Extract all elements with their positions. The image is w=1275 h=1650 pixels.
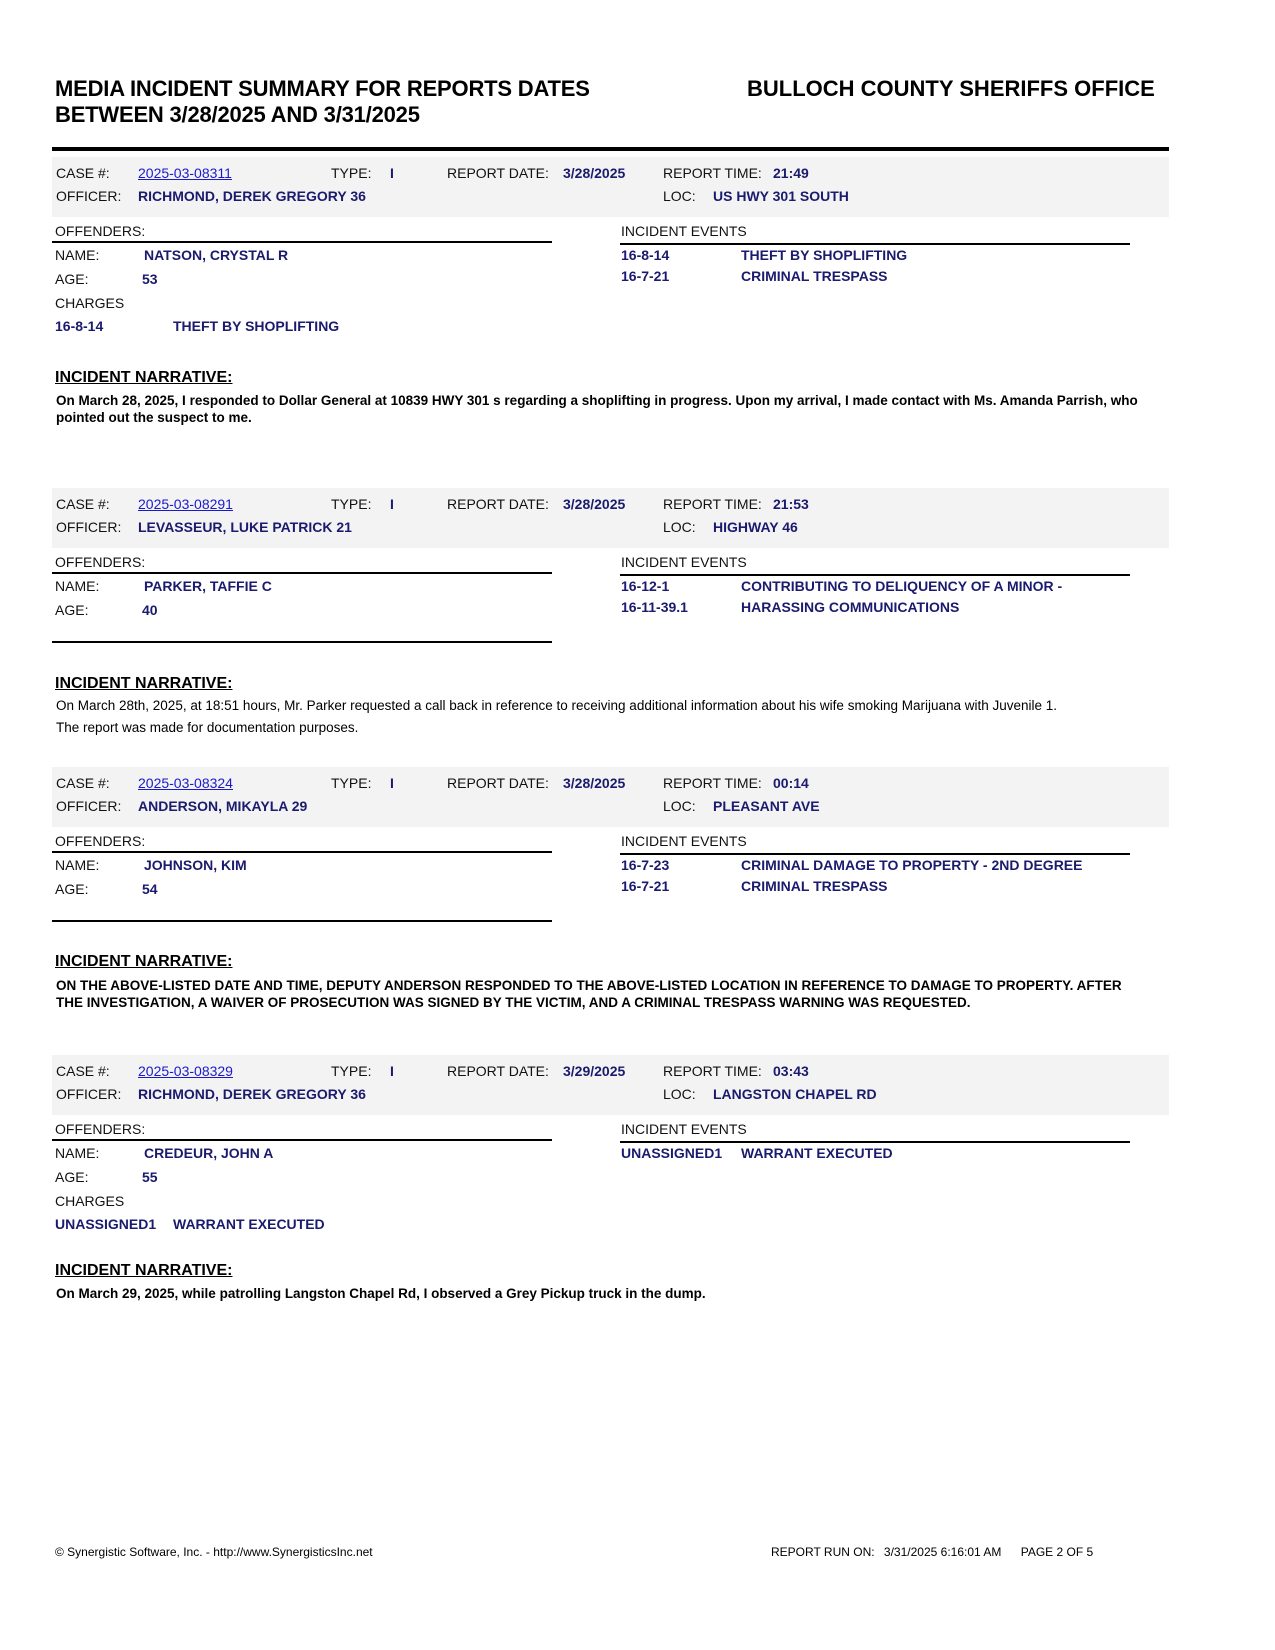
loc-label: LOC: xyxy=(663,798,696,814)
case-number-label: CASE #: xyxy=(56,496,110,512)
case-record: CASE #: 2025-03-08311 TYPE: I REPORT DAT… xyxy=(52,157,1169,217)
loc-value: HIGHWAY 46 xyxy=(713,519,798,535)
name-label: NAME: xyxy=(55,247,99,263)
event-desc: HARASSING COMMUNICATIONS xyxy=(741,599,959,615)
events-divider xyxy=(620,574,1130,576)
case-record: CASE #: 2025-03-08329 TYPE: I REPORT DAT… xyxy=(52,1055,1169,1115)
event-desc: CRIMINAL TRESPASS xyxy=(741,268,888,284)
loc-value: LANGSTON CHAPEL RD xyxy=(713,1086,877,1102)
case-record: CASE #: 2025-03-08324 TYPE: I REPORT DAT… xyxy=(52,767,1169,827)
officer-value: ANDERSON, MIKAYLA 29 xyxy=(138,798,307,814)
loc-value: US HWY 301 SOUTH xyxy=(713,188,849,204)
report-run-label: REPORT RUN ON: xyxy=(771,1545,875,1559)
narrative-title: INCIDENT NARRATIVE: xyxy=(55,675,232,693)
offenders-label: OFFENDERS: xyxy=(55,223,145,239)
charge-desc: THEFT BY SHOPLIFTING xyxy=(173,318,339,334)
report-title-line2: BETWEEN 3/28/2025 AND 3/31/2025 xyxy=(55,102,695,128)
officer-label: OFFICER: xyxy=(56,519,121,535)
charge-desc: WARRANT EXECUTED xyxy=(173,1216,325,1232)
type-label: TYPE: xyxy=(331,1063,371,1079)
name-label: NAME: xyxy=(55,1145,99,1161)
report-time-value: 21:53 xyxy=(773,496,809,512)
case-number-label: CASE #: xyxy=(56,1063,110,1079)
footer-copyright: © Synergistic Software, Inc. - http://ww… xyxy=(55,1545,373,1559)
event-desc: CRIMINAL TRESPASS xyxy=(741,878,888,894)
report-date-label: REPORT DATE: xyxy=(447,775,549,791)
report-time-value: 03:43 xyxy=(773,1063,809,1079)
event-desc: CRIMINAL DAMAGE TO PROPERTY - 2ND DEGREE xyxy=(741,857,1082,873)
incident-events-label: INCIDENT EVENTS xyxy=(621,1121,747,1137)
offenders-divider xyxy=(52,851,552,853)
report-time-label: REPORT TIME: xyxy=(663,775,762,791)
narrative-text: On March 28, 2025, I responded to Dollar… xyxy=(56,392,1146,426)
offender-name: CREDEUR, JOHN A xyxy=(144,1145,273,1161)
age-label: AGE: xyxy=(55,271,88,287)
case-header: CASE #: 2025-03-08291 TYPE: I REPORT DAT… xyxy=(52,488,1169,548)
incident-events-label: INCIDENT EVENTS xyxy=(621,554,747,570)
report-time-label: REPORT TIME: xyxy=(663,1063,762,1079)
name-label: NAME: xyxy=(55,857,99,873)
charges-label: CHARGES xyxy=(55,295,124,311)
event-code: UNASSIGNED1 xyxy=(621,1145,722,1161)
case-number-label: CASE #: xyxy=(56,165,110,181)
event-code: 16-11-39.1 xyxy=(621,599,688,615)
offender-name: NATSON, CRYSTAL R xyxy=(144,247,288,263)
age-label: AGE: xyxy=(55,1169,88,1185)
narrative-line: The report was made for documentation pu… xyxy=(56,717,1146,739)
type-value: I xyxy=(390,165,394,181)
officer-label: OFFICER: xyxy=(56,798,121,814)
offenders-divider xyxy=(52,241,552,243)
officer-value: RICHMOND, DEREK GREGORY 36 xyxy=(138,188,366,204)
offenders-divider xyxy=(52,572,552,574)
report-run-value: 3/31/2025 6:16:01 AM xyxy=(884,1545,1001,1559)
case-number-link[interactable]: 2025-03-08311 xyxy=(138,165,232,181)
event-desc: WARRANT EXECUTED xyxy=(741,1145,893,1161)
case-header: CASE #: 2025-03-08329 TYPE: I REPORT DAT… xyxy=(52,1055,1169,1115)
incident-events-label: INCIDENT EVENTS xyxy=(621,223,747,239)
case-number-link[interactable]: 2025-03-08324 xyxy=(138,775,233,791)
event-code: 16-7-21 xyxy=(621,878,669,894)
type-value: I xyxy=(390,1063,394,1079)
offenders-label: OFFENDERS: xyxy=(55,1121,145,1137)
offender-age: 54 xyxy=(142,881,158,897)
loc-label: LOC: xyxy=(663,519,696,535)
case-record: CASE #: 2025-03-08291 TYPE: I REPORT DAT… xyxy=(52,488,1169,548)
narrative-text: On March 29, 2025, while patrolling Lang… xyxy=(56,1285,1146,1302)
report-date-value: 3/28/2025 xyxy=(563,165,625,181)
page-indicator: PAGE 2 OF 5 xyxy=(1021,1545,1093,1559)
case-number-link[interactable]: 2025-03-08329 xyxy=(138,1063,233,1079)
narrative-line: On March 28th, 2025, at 18:51 hours, Mr.… xyxy=(56,695,1146,717)
report-date-value: 3/28/2025 xyxy=(563,775,625,791)
report-date-value: 3/28/2025 xyxy=(563,496,625,512)
footer-report-info: REPORT RUN ON: 3/31/2025 6:16:01 AM PAGE… xyxy=(771,1545,1093,1559)
officer-label: OFFICER: xyxy=(56,1086,121,1102)
report-date-label: REPORT DATE: xyxy=(447,165,549,181)
event-code: 16-8-14 xyxy=(621,247,669,263)
offender-age: 40 xyxy=(142,602,158,618)
report-title-line1: MEDIA INCIDENT SUMMARY FOR REPORTS DATES xyxy=(55,76,695,102)
report-time-value: 21:49 xyxy=(773,165,809,181)
report-date-label: REPORT DATE: xyxy=(447,1063,549,1079)
loc-label: LOC: xyxy=(663,188,696,204)
narrative-title: INCIDENT NARRATIVE: xyxy=(55,953,232,971)
officer-value: LEVASSEUR, LUKE PATRICK 21 xyxy=(138,519,352,535)
offender-age: 53 xyxy=(142,271,158,287)
event-code: 16-12-1 xyxy=(621,578,669,594)
type-value: I xyxy=(390,775,394,791)
case-header: CASE #: 2025-03-08324 TYPE: I REPORT DAT… xyxy=(52,767,1169,827)
loc-value: PLEASANT AVE xyxy=(713,798,820,814)
organization-name: BULLOCH COUNTY SHERIFFS OFFICE xyxy=(747,76,1155,102)
case-header: CASE #: 2025-03-08311 TYPE: I REPORT DAT… xyxy=(52,157,1169,217)
type-label: TYPE: xyxy=(331,165,371,181)
offender-name: JOHNSON, KIM xyxy=(144,857,247,873)
offenders-end-divider xyxy=(52,641,552,643)
charges-label: CHARGES xyxy=(55,1193,124,1209)
header-divider xyxy=(52,147,1169,151)
charge-code: UNASSIGNED1 xyxy=(55,1216,156,1232)
offenders-label: OFFENDERS: xyxy=(55,833,145,849)
type-value: I xyxy=(390,496,394,512)
report-title: MEDIA INCIDENT SUMMARY FOR REPORTS DATES… xyxy=(55,76,695,128)
event-desc: THEFT BY SHOPLIFTING xyxy=(741,247,907,263)
events-divider xyxy=(620,1141,1130,1143)
offender-age: 55 xyxy=(142,1169,158,1185)
officer-label: OFFICER: xyxy=(56,188,121,204)
charge-code: 16-8-14 xyxy=(55,318,103,334)
offenders-label: OFFENDERS: xyxy=(55,554,145,570)
age-label: AGE: xyxy=(55,881,88,897)
event-code: 16-7-21 xyxy=(621,268,669,284)
offenders-end-divider xyxy=(52,920,552,922)
offenders-divider xyxy=(52,1139,552,1141)
age-label: AGE: xyxy=(55,602,88,618)
report-time-value: 00:14 xyxy=(773,775,809,791)
event-desc: CONTRIBUTING TO DELIQUENCY OF A MINOR - xyxy=(741,578,1062,594)
narrative-text: On March 28th, 2025, at 18:51 hours, Mr.… xyxy=(56,695,1146,739)
type-label: TYPE: xyxy=(331,496,371,512)
events-divider xyxy=(620,853,1130,855)
report-time-label: REPORT TIME: xyxy=(663,165,762,181)
report-date-value: 3/29/2025 xyxy=(563,1063,625,1079)
narrative-title: INCIDENT NARRATIVE: xyxy=(55,1262,232,1280)
case-number-link[interactable]: 2025-03-08291 xyxy=(138,496,233,512)
offender-name: PARKER, TAFFIE C xyxy=(144,578,272,594)
officer-value: RICHMOND, DEREK GREGORY 36 xyxy=(138,1086,366,1102)
narrative-title: INCIDENT NARRATIVE: xyxy=(55,369,232,387)
report-date-label: REPORT DATE: xyxy=(447,496,549,512)
narrative-text: ON THE ABOVE-LISTED DATE AND TIME, DEPUT… xyxy=(56,977,1146,1011)
name-label: NAME: xyxy=(55,578,99,594)
loc-label: LOC: xyxy=(663,1086,696,1102)
case-number-label: CASE #: xyxy=(56,775,110,791)
incident-events-label: INCIDENT EVENTS xyxy=(621,833,747,849)
event-code: 16-7-23 xyxy=(621,857,669,873)
report-time-label: REPORT TIME: xyxy=(663,496,762,512)
type-label: TYPE: xyxy=(331,775,371,791)
events-divider xyxy=(620,243,1130,245)
